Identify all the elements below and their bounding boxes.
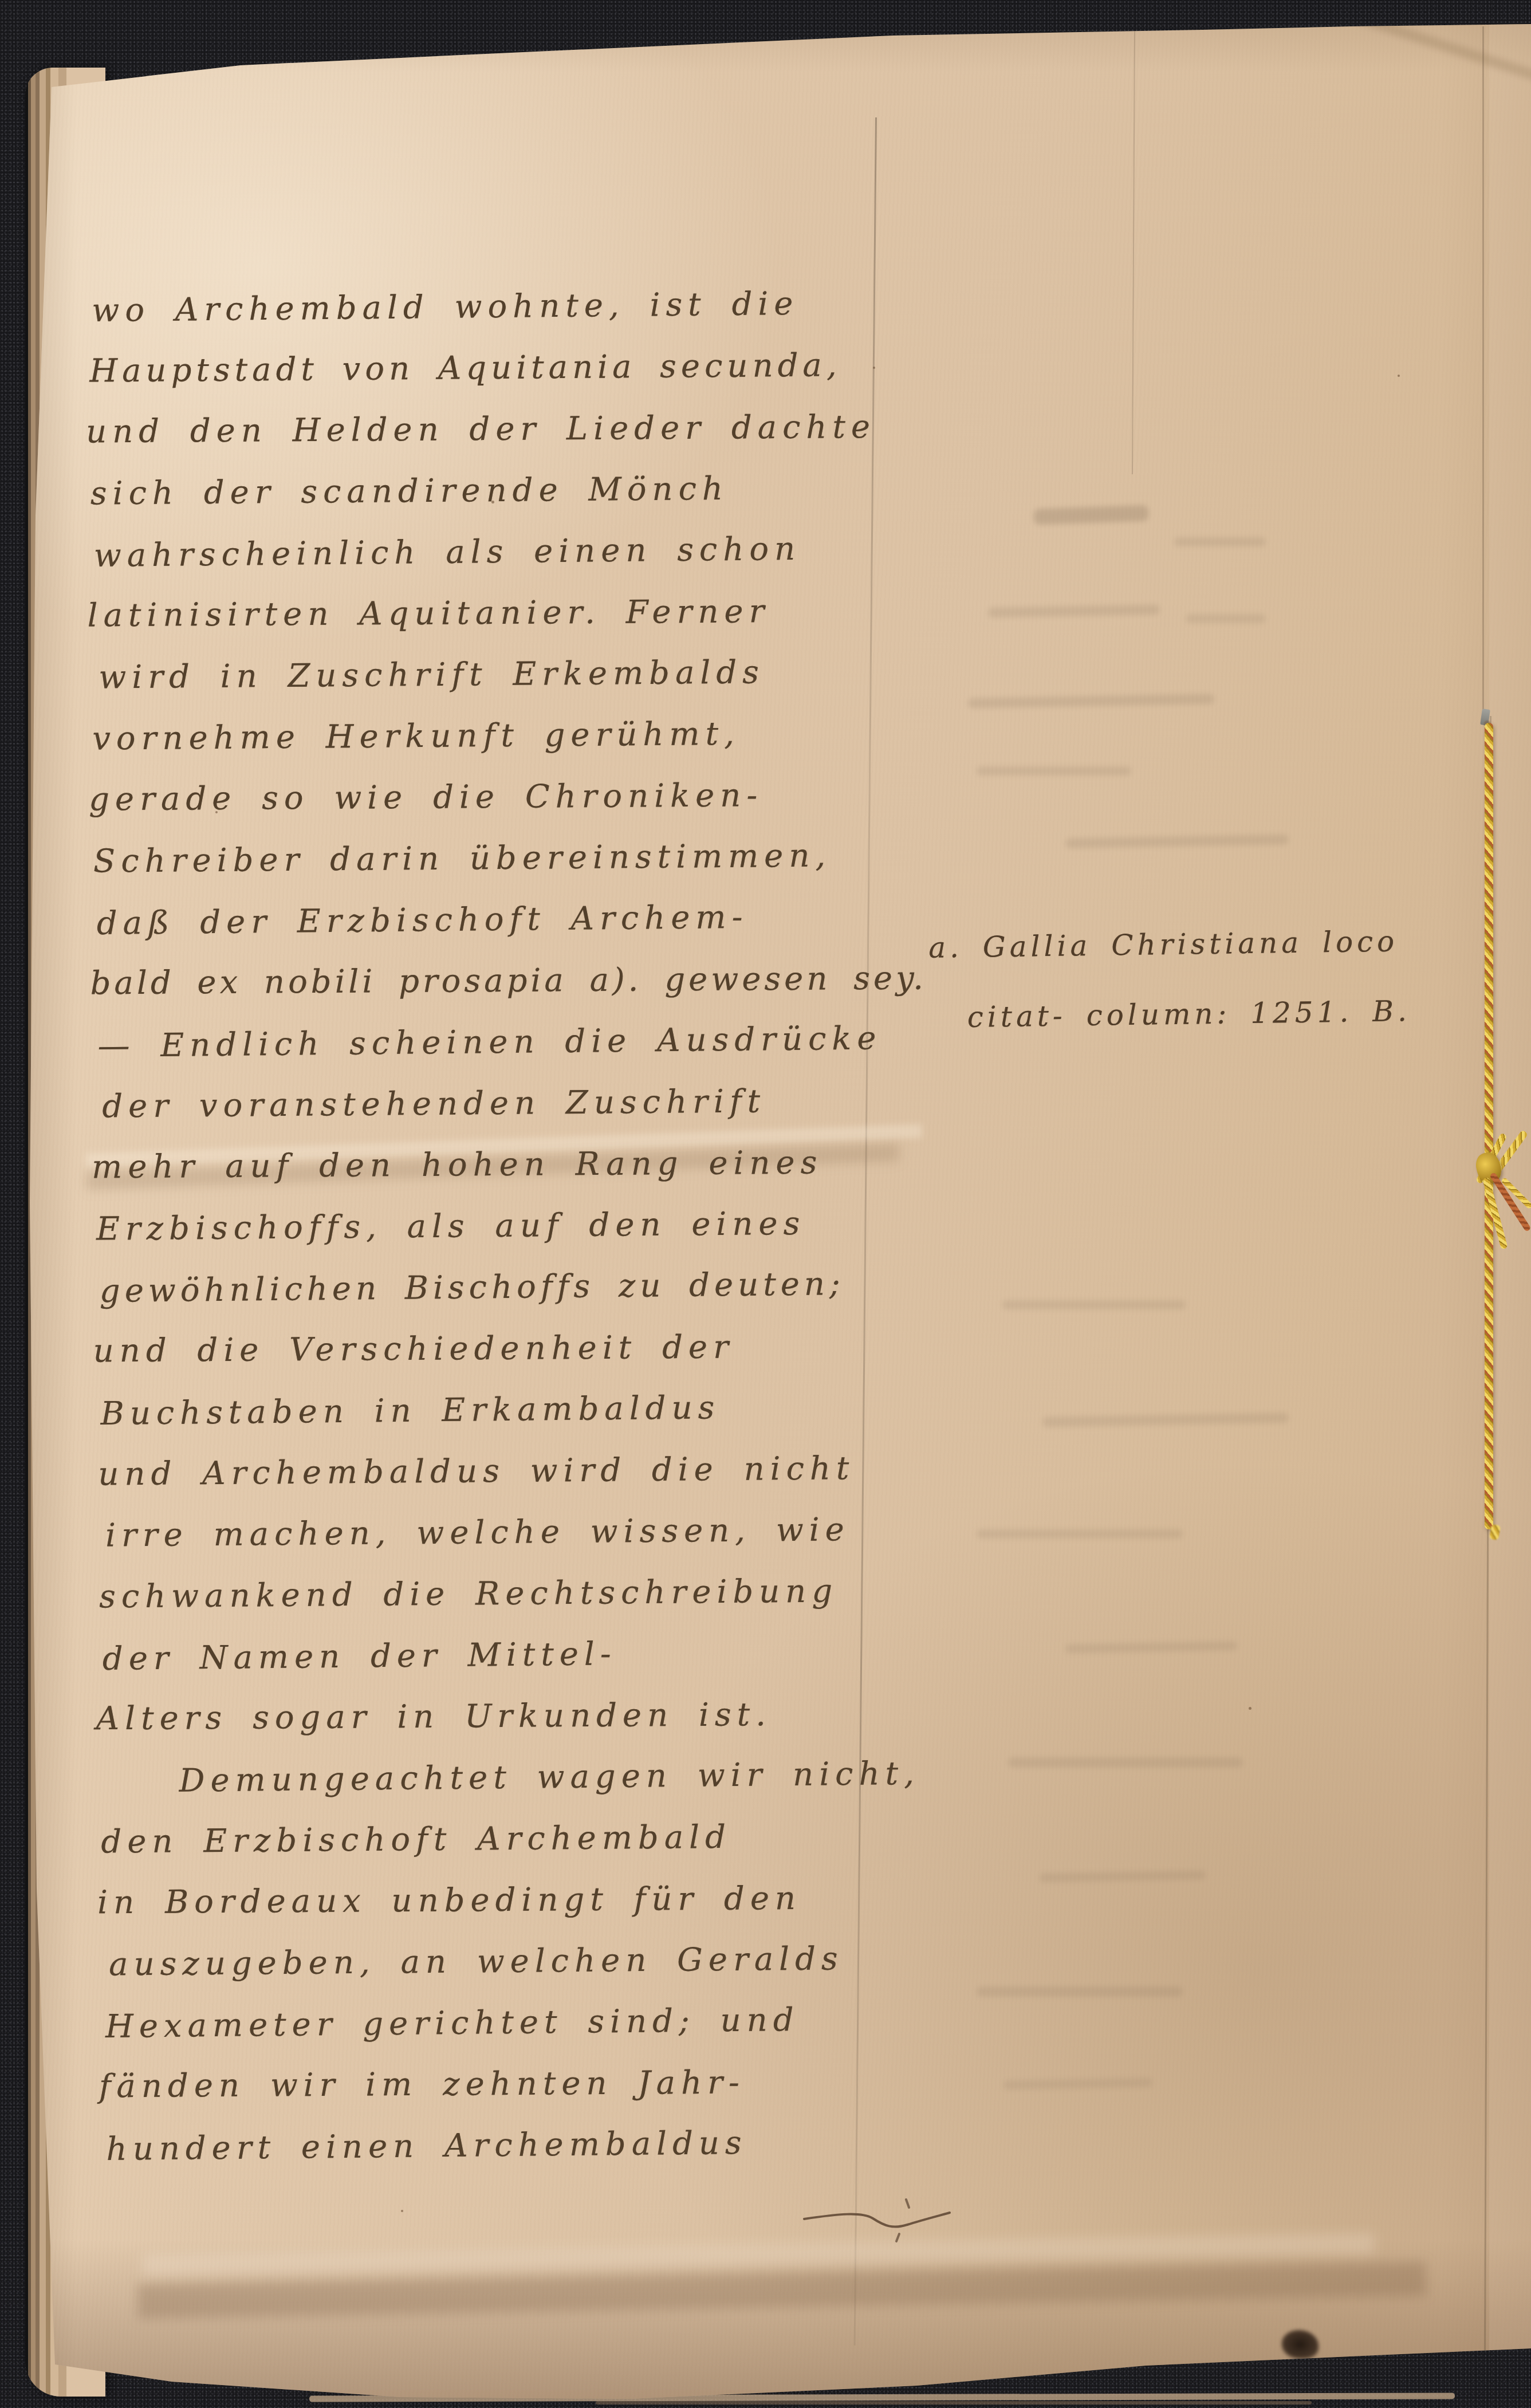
manuscript-page: wo Archembald wohnte, ist dieHauptstadt … [0,0,1531,2408]
main-text-column: wo Archembald wohnte, ist dieHauptstadt … [89,273,917,2179]
handwritten-text-line: mehr auf den hohen Rang eines [92,1132,906,1198]
crease-highlight-bottom [143,2233,1375,2276]
handwritten-text-line: wahrscheinlich als einen schon [93,517,907,587]
handwritten-text-line: wo Archembald wohnte, ist die [92,272,906,341]
handwritten-text-line: gerade so wie die Chroniken- [89,764,903,831]
paper-speck [1398,375,1400,377]
paper-speck [401,2210,403,2212]
under-sheet-edge-shadow [596,2401,1312,2405]
vertical-crease-upper-right [1132,27,1135,474]
paper-speck [491,501,494,503]
handwritten-text-line: Demungeachtet wagen wir nicht, [103,1743,917,1812]
handwritten-text-line: auszugeben, an welchen Geralds [109,1927,923,1995]
handwritten-text-line: Erzbischoffs, als auf den eines [96,1192,910,1260]
handwritten-text-line: wird in Zuschrift Erkembalds [99,640,912,708]
handwritten-text-line: vornehme Herkunft gerühmt, [92,702,906,769]
handwritten-text-line: — Endlich scheinen die Ausdrücke [97,1008,911,1077]
handwritten-text-line: Schreiber darin übereinstimmen, [93,824,907,892]
handwritten-text-line: Hexameter gerichtet sind; und [105,1988,919,2057]
handwritten-text-line: sich der scandirende Mönch [90,457,904,524]
manuscript-photo: wo Archembald wohnte, ist dieHauptstadt … [0,0,1531,2408]
handwritten-text-line: daß der Erzbischoft Archem- [96,885,910,954]
dark-stain-bottom-edge [1282,2330,1319,2359]
paper-speck [873,367,875,369]
handwritten-text-line: in Bordeaux unbedingt für den [97,1867,911,1934]
handwritten-text-line: fänden wir im zehnten Jahr- [99,2051,912,2118]
handwritten-text-line: und den Helden der Lieder dachte [86,396,900,463]
handwritten-text-line: hundert einen Archembaldus [106,2111,920,2180]
handwritten-text-line: latinisirten Aquitanier. Ferner [87,580,901,647]
handwritten-text-line: Alters sogar in Urkunden ist. [96,1683,910,1750]
ink-flourish-mark [797,2198,969,2250]
handwritten-text-line: Hauptstadt von Aquitania secunda, [89,334,903,402]
handwritten-text-line: den Erzbischoft Archembald [101,1805,915,1872]
handwritten-text-line: und die Verschiedenheit der [93,1316,907,1382]
handwritten-text-line: Buchstaben in Erkambaldus [100,1375,914,1445]
binding-cord-rope [1485,723,1493,1529]
handwritten-text-line: gewöhnlichen Bischoffs zu deuten; [99,1253,913,1322]
crease-shadow-bottom [137,2261,1427,2318]
paper-speck [215,811,218,813]
handwritten-text-line: bald ex nobili prosapia a). gewesen sey. [90,948,904,1014]
paper-speck [1249,1707,1251,1710]
marginal-note-line: a. Gallia Christiana loco [928,906,1410,983]
marginal-note-line: citat- column: 1251. B. [967,976,1411,1052]
handwritten-text-line: der Namen der Mittel- [102,1620,916,1690]
marginal-annotation: a. Gallia Christiana lococitat- column: … [928,906,1411,1053]
handwritten-text-line: schwankend die Rechtschreibung [99,1560,913,1627]
handwritten-text-line: irre machen, welche wissen, wie [105,1498,919,1566]
vertical-fold-right-top [1482,26,1484,719]
handwritten-text-line: der voranstehenden Zuschrift [102,1069,916,1137]
handwritten-text-line: und Archembaldus wird die nicht [98,1437,912,1505]
